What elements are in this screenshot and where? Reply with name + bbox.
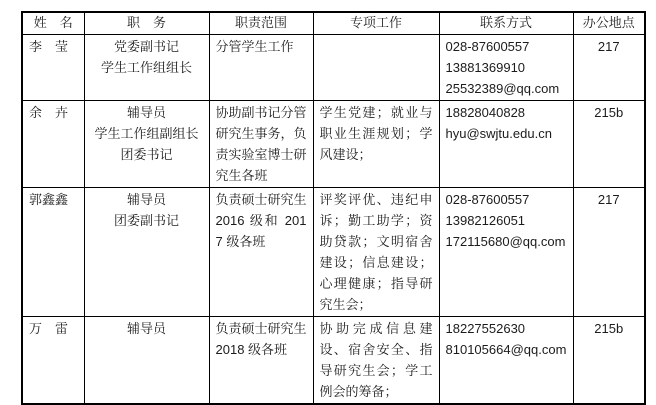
cell-office: 217 bbox=[573, 34, 645, 100]
cell-office: 217 bbox=[573, 187, 645, 316]
col-header-contact: 联系方式 bbox=[439, 12, 573, 34]
table-header-row: 姓 名 职 务 职责范围 专项工作 联系方式 办公地点 bbox=[22, 12, 645, 34]
table-row: 万 雷 辅导员 负责硕士研究生 2018 级各班 协助完成信息建设、宿舍安全、指… bbox=[22, 316, 645, 404]
cell-special-work: 学生党建；就业与职业生涯规划；学风建设； bbox=[313, 100, 439, 187]
cell-office: 215b bbox=[573, 316, 645, 404]
col-header-scope: 职责范围 bbox=[209, 12, 313, 34]
cell-special-work: 评奖评优、违纪申诉；勤工助学；资助贷款；文明宿舍建设；信息建设；心理健康；指导研… bbox=[313, 187, 439, 316]
cell-position: 党委副书记 学生工作组组长 bbox=[84, 34, 209, 100]
cell-position: 辅导员 bbox=[84, 316, 209, 404]
col-header-position: 职 务 bbox=[84, 12, 209, 34]
cell-scope: 负责硕士研究生 2016 级和 2017 级各班 bbox=[209, 187, 313, 316]
col-header-name: 姓 名 bbox=[22, 12, 84, 34]
cell-special-work: 协助完成信息建设、宿舍安全、指导研究生会；学工例会的筹备； bbox=[313, 316, 439, 404]
cell-name: 李 莹 bbox=[22, 34, 84, 100]
table-row: 郭鑫鑫 辅导员 团委副书记 负责硕士研究生 2016 级和 2017 级各班 评… bbox=[22, 187, 645, 316]
cell-contact: 028-87600557 13881369910 25532389@qq.com bbox=[439, 34, 573, 100]
cell-name: 万 雷 bbox=[22, 316, 84, 404]
cell-scope: 协助副书记分管研究生事务，负责实验室博士研究生各班 bbox=[209, 100, 313, 187]
cell-position: 辅导员 学生工作组副组长 团委书记 bbox=[84, 100, 209, 187]
cell-contact: 18828040828 hyu@swjtu.edu.cn bbox=[439, 100, 573, 187]
col-header-special-work: 专项工作 bbox=[313, 12, 439, 34]
cell-name: 余 卉 bbox=[22, 100, 84, 187]
cell-office: 215b bbox=[573, 100, 645, 187]
table-row: 李 莹 党委副书记 学生工作组组长 分管学生工作 028-87600557 13… bbox=[22, 34, 645, 100]
cell-special-work bbox=[313, 34, 439, 100]
cell-contact: 028-87600557 13982126051 172115680@qq.co… bbox=[439, 187, 573, 316]
cell-contact: 18227552630 810105664@qq.com bbox=[439, 316, 573, 404]
cell-scope: 分管学生工作 bbox=[209, 34, 313, 100]
cell-position: 辅导员 团委副书记 bbox=[84, 187, 209, 316]
cell-scope: 负责硕士研究生 2018 级各班 bbox=[209, 316, 313, 404]
table-row: 余 卉 辅导员 学生工作组副组长 团委书记 协助副书记分管研究生事务，负责实验室… bbox=[22, 100, 645, 187]
document-page: 姓 名 职 务 职责范围 专项工作 联系方式 办公地点 李 莹 党委副书记 学生… bbox=[0, 0, 656, 404]
col-header-office: 办公地点 bbox=[573, 12, 645, 34]
staff-table: 姓 名 职 务 职责范围 专项工作 联系方式 办公地点 李 莹 党委副书记 学生… bbox=[21, 11, 646, 405]
cell-name: 郭鑫鑫 bbox=[22, 187, 84, 316]
